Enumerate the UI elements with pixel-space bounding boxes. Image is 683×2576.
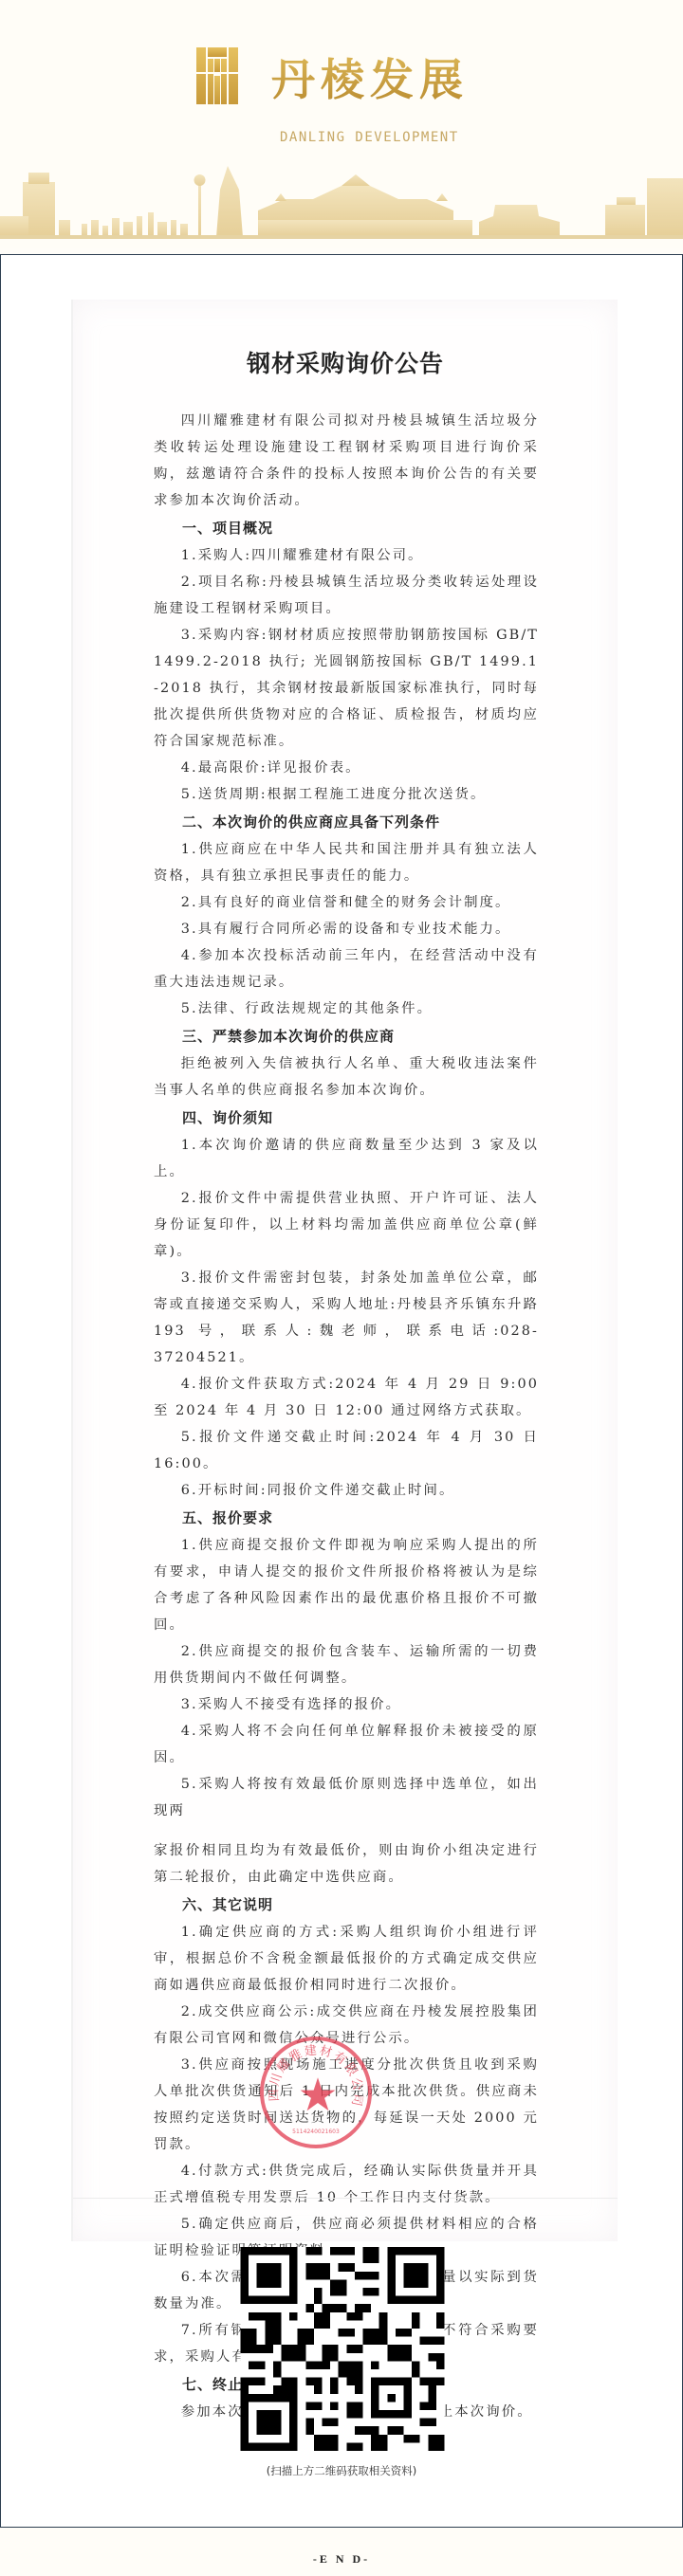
section-item: 1.确定供应商的方式:采购人组织询价小组进行评审，根据总价不含税金额最低报价的方… [154,1919,539,1999]
section-item: 2.具有良好的商业信誉和健全的财务会计制度。 [154,889,539,916]
section-heading: 三、严禁参加本次询价的供应商 [154,1022,539,1050]
section-item: 4.付款方式:供货完成后，经确认实际供货量并开具正式增值税专用发票后 10 个工… [154,2158,539,2211]
document-title: 钢材采购询价公告 [73,345,618,379]
section-item: 2.供应商提交的报价包含装车、运输所需的一切费用供货期间内不做任何调整。 [154,1638,539,1691]
section-item: 1.采购人:四川耀雅建材有限公司。 [154,542,539,569]
section-item: 3.采购人不接受有选择的报价。 [154,1691,539,1718]
scanned-document: 钢材采购询价公告 四川耀雅建材有限公司拟对丹棱县城镇生活垃圾分类收转运处理设施建… [71,300,618,2241]
section-heading: 一、项目概况 [154,514,539,542]
qr-caption: (扫描上方二维码获取相关资料) [1,2463,682,2478]
section-heading: 四、询价须知 [154,1104,539,1132]
section-item: 1.供应商应在中华人民共和国注册并具有独立法人资格，具有独立承担民事责任的能力。 [154,836,539,889]
page-break-gap [154,1824,539,1837]
svg-text:5114240021603: 5114240021603 [292,2128,340,2135]
section-item: 6.开标时间:同报价文件递交截止时间。 [154,1477,539,1504]
section-item-continued: 家报价相同且均为有效最低价，则由询价小组决定进行第二轮报价，由此确定中选供应商。 [154,1837,539,1891]
header-banner: 丹棱发展 DANLING DEVELOPMENT [0,0,683,248]
section-item: 5.报价文件递交截止时间:2024 年 4 月 30 日 16:00。 [154,1424,539,1477]
section-item: 3.采购内容:钢材材质应按照带肋钢筋按国标 GB/T 1499.2-2018 执… [154,622,539,755]
intro-paragraph: 四川耀雅建材有限公司拟对丹棱县城镇生活垃圾分类收转运处理设施建设工程钢材采购项目… [154,408,539,514]
document-bottom-edge [73,2198,618,2199]
section-heading: 六、其它说明 [154,1891,539,1919]
content-card: 钢材采购询价公告 四川耀雅建材有限公司拟对丹棱县城镇生活垃圾分类收转运处理设施建… [0,254,683,2528]
section-item: 4.最高限价:详见报价表。 [154,755,539,781]
section-item: 5.采购人将按有效最低价原则选择中选单位，如出现两 [154,1771,539,1824]
company-seal-stamp: 四川耀雅建材有限公司 5114240021603 ★ [260,2037,372,2148]
section-item: 4.报价文件获取方式:2024 年 4 月 29 日 9:00 至 2024 年… [154,1371,539,1424]
danling-logo-icon [196,47,238,104]
section-item: 5.法律、行政法规规定的其他条件。 [154,996,539,1022]
section-item: 3.报价文件需密封包装，封条处加盖单位公章，邮寄或直接递交采购人，采购人地址:丹… [154,1265,539,1371]
section-item: 1.供应商提交报价文件即视为响应采购人提出的所有要求，申请人提交的报价文件所报价… [154,1532,539,1638]
star-icon: ★ [294,2072,341,2119]
section-heading: 二、本次询价的供应商应具备下列条件 [154,808,539,836]
end-marker: -E N D- [0,2552,683,2567]
qr-code-image[interactable] [240,2247,445,2451]
brand-name-cn: 丹棱发展 [271,46,469,108]
section-item: 拒绝被列入失信被执行人名单、重大税收违法案件当事人名单的供应商报名参加本次询价。 [154,1050,539,1104]
section-item: 2.报价文件中需提供营业执照、开户许可证、法人身份证复印件，以上材料均需加盖供应… [154,1185,539,1265]
section-item: 4.采购人将不会向任何单位解释报价未被接受的原因。 [154,1718,539,1771]
section-item: 2.项目名称:丹棱县城镇生活垃圾分类收转运处理设施建设工程钢材采购项目。 [154,569,539,622]
brand-name-en: DANLING DEVELOPMENT [280,130,459,145]
section-heading: 五、报价要求 [154,1504,539,1532]
section-item: 5.送货周期:根据工程施工进度分批次送货。 [154,781,539,808]
section-item: 1.本次询价邀请的供应商数量至少达到 3 家及以上。 [154,1132,539,1185]
city-skyline-image [0,161,683,247]
section-item: 3.具有履行合同所必需的设备和专业技术能力。 [154,916,539,942]
section-item: 4.参加本次投标活动前三年内，在经营活动中没有重大违法违规记录。 [154,942,539,996]
